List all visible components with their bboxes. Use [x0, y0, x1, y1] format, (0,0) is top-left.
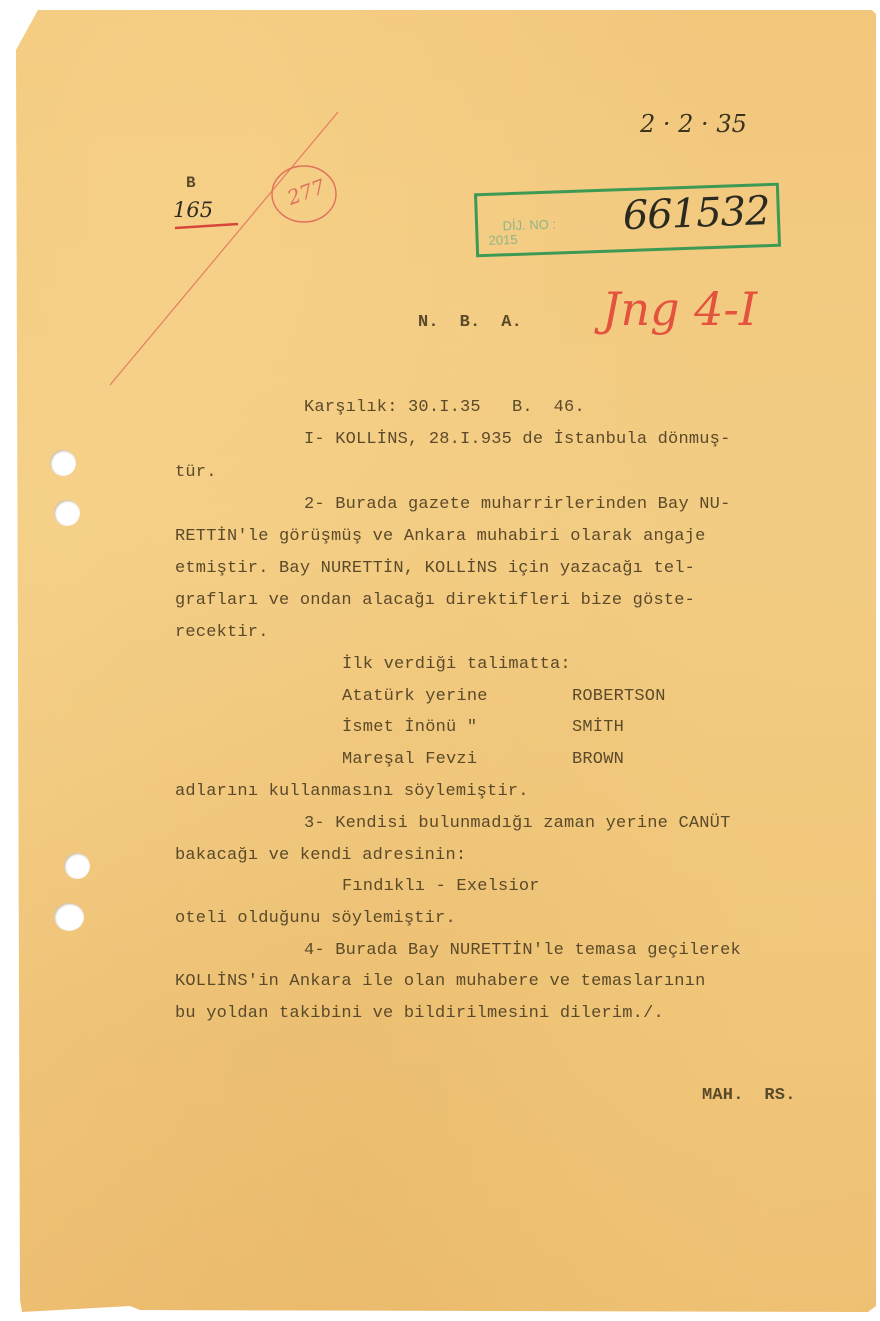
codename-alias: BROWN	[572, 750, 624, 769]
sender-header: N. B. A.	[418, 313, 522, 332]
paragraph-4-line: bu yoldan takibini ve bildirilmesini dil…	[175, 1004, 664, 1023]
registry-stamp: DİJ. NO :2015 661532	[474, 183, 781, 258]
codename-original: İsmet İnönü "	[342, 718, 477, 737]
paragraph-3-line: 3- Kendisi bulunmadığı zaman yerine CANÜ…	[304, 814, 730, 833]
handwritten-date: 2 · 2 · 35	[640, 110, 747, 138]
paragraph-2-line: grafları ve ondan alacağı direktifleri b…	[175, 591, 695, 610]
paragraph-1-line: I- KOLLİNS, 28.I.935 de İstanbula dönmuş…	[304, 430, 730, 449]
paragraph-2-line: recektir.	[175, 623, 269, 642]
paragraph-3-line: oteli olduğunu söylemiştir.	[175, 909, 456, 928]
red-annotation: Jng 4-I	[602, 282, 757, 336]
paragraph-3-line: bakacağı ve kendi adresinin:	[175, 846, 466, 865]
stamp-label: DİJ. NO :2015	[487, 204, 557, 262]
paragraph-2-line: 2- Burada gazete muharrirlerinden Bay NU…	[304, 495, 730, 514]
reference-line: Karşılık: 30.I.35 B. 46.	[304, 398, 585, 417]
address-line: Fındıklı - Exelsior	[342, 877, 540, 896]
paragraph-4-line: KOLLİNS'in Ankara ile olan muhabere ve t…	[175, 972, 706, 991]
paragraph-2-line: etmiştir. Bay NURETTİN, KOLLİNS için yaz…	[175, 559, 695, 578]
file-ref-letter: B	[186, 174, 196, 192]
stamp-number: 661532	[622, 188, 770, 239]
codename-alias: SMİTH	[572, 718, 624, 737]
file-ref-number: 165	[173, 198, 213, 222]
codename-original: Mareşal Fevzi	[342, 750, 477, 769]
signature: MAH. RS.	[702, 1086, 796, 1105]
paragraph-2-closing: adlarını kullanmasını söylemiştir.	[175, 782, 529, 801]
instructions-heading: İlk verdiği talimatta:	[342, 655, 571, 674]
paragraph-1-line: tür.	[175, 463, 217, 482]
paragraph-4-line: 4- Burada Bay NURETTİN'le temasa geçiler…	[304, 941, 741, 960]
codename-original: Atatürk yerine	[342, 687, 488, 706]
codename-alias: ROBERTSON	[572, 687, 666, 706]
paragraph-2-line: RETTİN'le görüşmüş ve Ankara muhabiri ol…	[175, 527, 706, 546]
